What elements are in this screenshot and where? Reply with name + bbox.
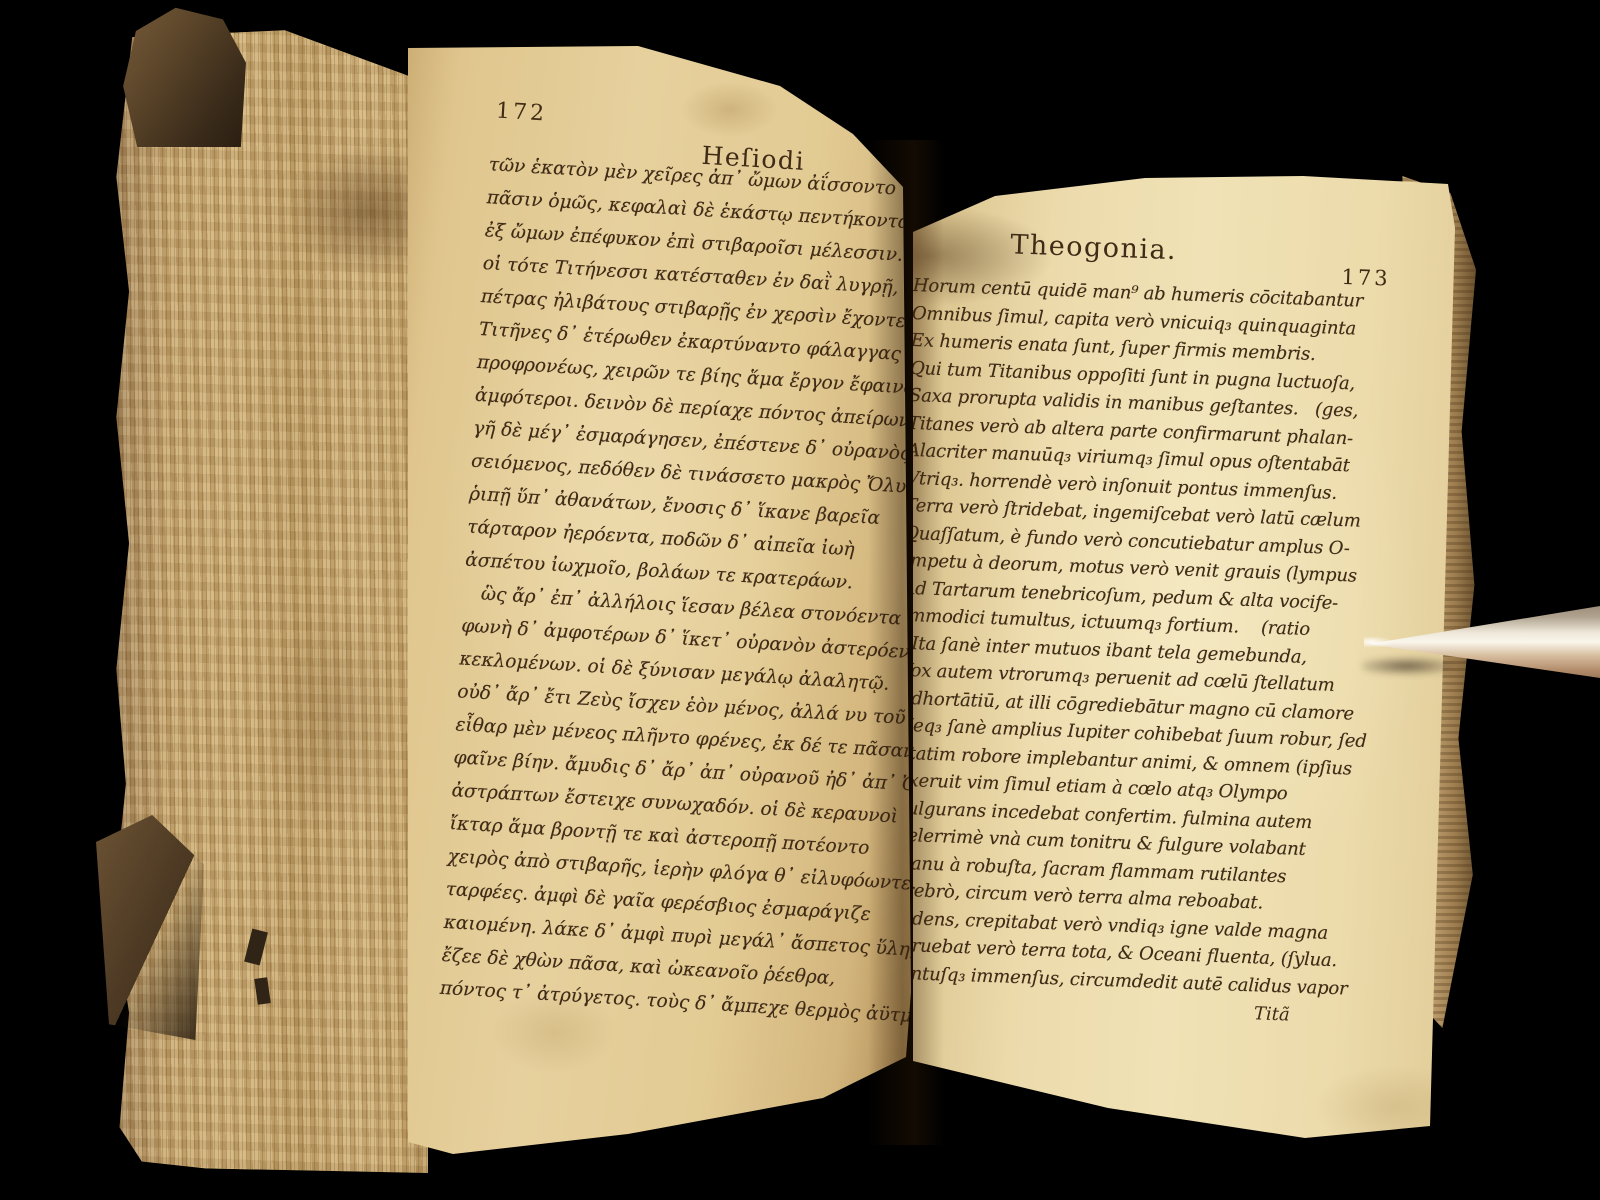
latin-verse-block: Horum centū quidē man⁹ ab humeris cōcita… [888, 272, 1433, 1005]
running-title-theogonia: Theogonia. [1010, 229, 1178, 266]
running-title-hesiodi: Heſiodi [701, 141, 806, 176]
latin-text-column: Theogonia. 173 Horum centū quidē man⁹ ab… [888, 226, 1435, 1030]
greek-verse-block: τῶν ἑκατὸν μὲν χεῖρες ἀπ᾽ ὤμων ἀΐσσοντοπ… [439, 148, 935, 1031]
left-page-number: 172 [495, 99, 547, 127]
worn-leather-binding-top [118, 2, 246, 147]
pointer-highlight-glint [1364, 636, 1394, 648]
right-page-number: 173 [1341, 265, 1391, 291]
left-page: 172 Heſiodi τῶν ἑκατὸν μὲν χεῖρες ἀπ᾽ ὤμ… [398, 42, 916, 1167]
book-photograph: Theogonia. 173 Horum centū quidē man⁹ ab… [0, 0, 1600, 1200]
greek-text-column: 172 Heſiodi τῶν ἑκατὸν μὲν χεῖρες ἀπ᾽ ὤμ… [439, 98, 938, 1031]
